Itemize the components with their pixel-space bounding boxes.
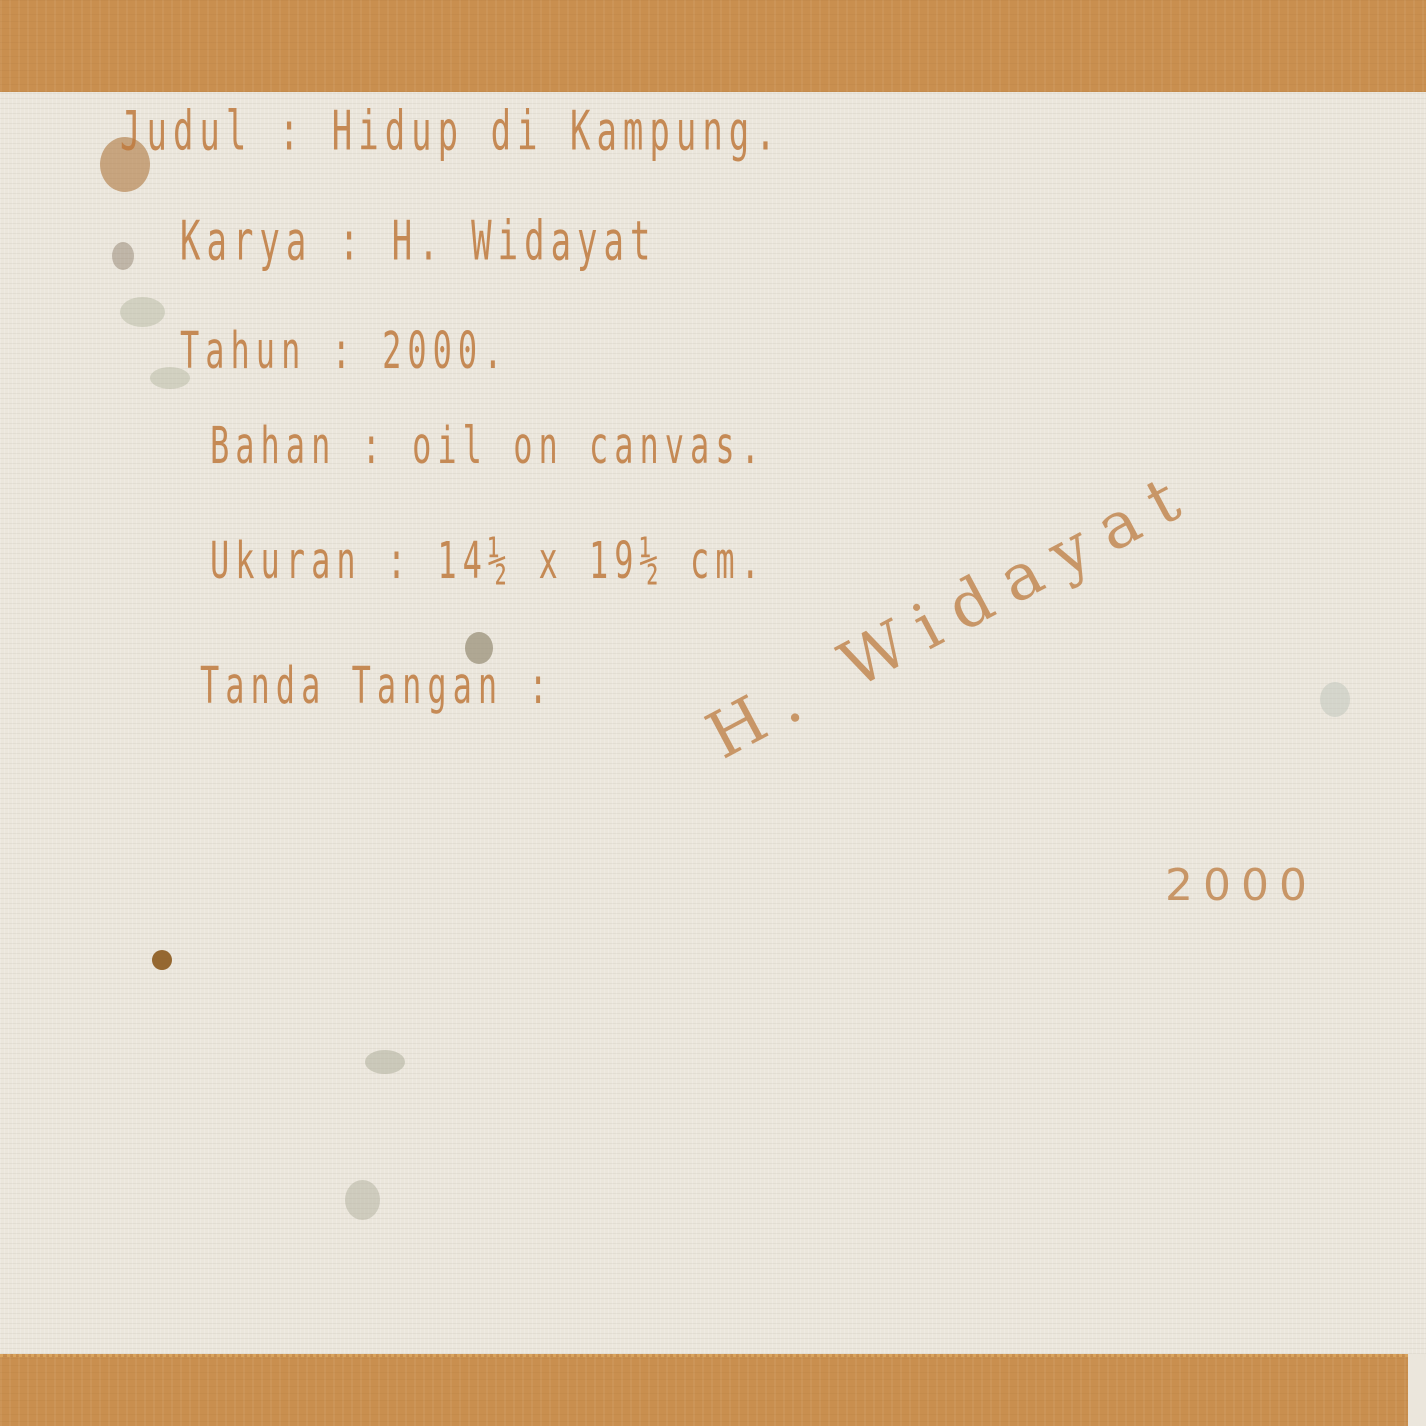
paint-stain [1320,682,1350,717]
inscription-medium-line: Bahan : oil on canvas. [210,415,766,476]
inscription-year-line: Tahun : 2000. [180,320,508,381]
paint-stain [120,297,165,327]
signature-year: 2000 [1165,860,1317,911]
inscription-artist-line: Karya : H. Widayat [180,210,656,274]
paint-stain [345,1180,380,1220]
paint-stain [112,242,134,270]
top-tape-border [0,0,1426,94]
paint-stain [152,950,172,970]
canvas-corner [1408,1354,1426,1426]
inscription-signature-label: Tanda Tangan : [200,655,554,716]
inscription-title-line: Judul : Hidup di Kampung. [120,100,782,164]
paint-stain [365,1050,405,1074]
inscription-size-line: Ukuran : 14½ x 19½ cm. [210,530,766,591]
bottom-tape-border [0,1354,1408,1426]
